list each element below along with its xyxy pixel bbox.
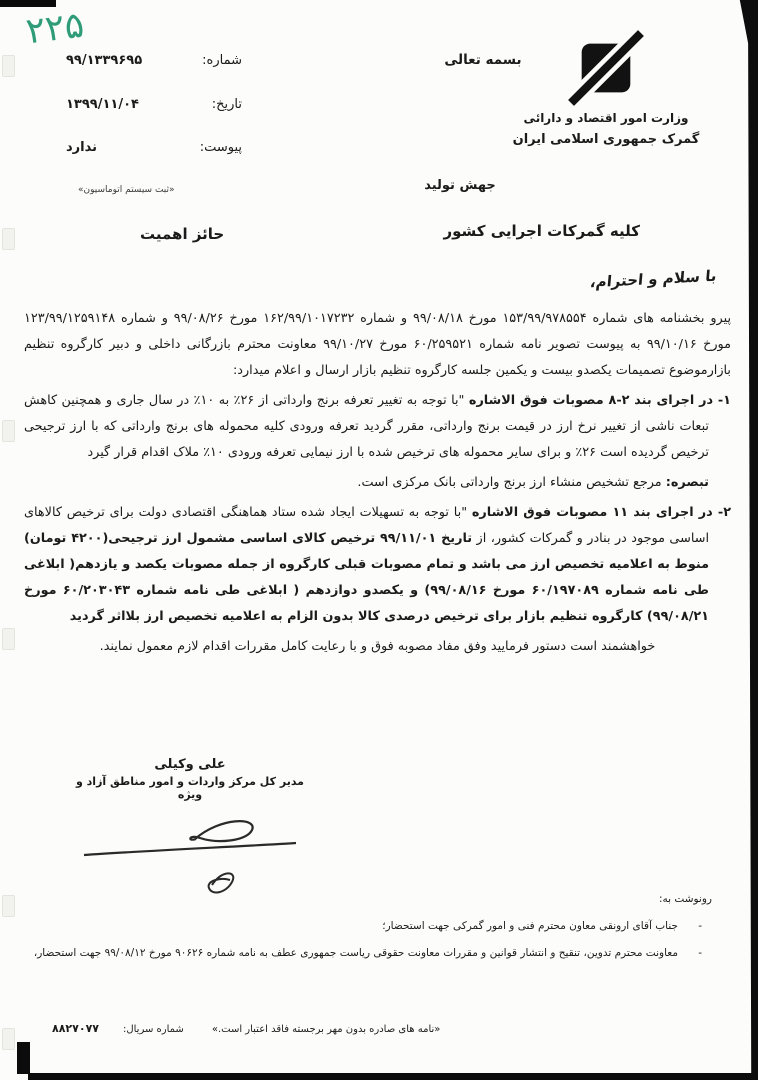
year-slogan: جهش تولید — [405, 178, 515, 193]
scan-artifact-punch — [2, 895, 15, 917]
scan-artifact-punch — [2, 628, 15, 650]
letter-number-row: شماره: ۹۹/۱۳۳۹۶۹۵ — [66, 53, 242, 68]
serial-number-group: شماره سریال: ۸۸۲۷۰۷۷ — [52, 1022, 184, 1035]
body-note: تبصره: مرجع تشخیص منشاء ارز برنج وارداتی… — [24, 470, 731, 496]
scan-artifact-punch — [2, 1028, 15, 1050]
importance-flag: حائز اهمیت — [140, 225, 224, 243]
item1-number: ۱- — [718, 393, 731, 408]
letter-date-label: تاریخ: — [212, 97, 242, 112]
customs-logo-icon — [568, 30, 644, 106]
recipient-line: کلیه گمرکات اجرایی کشور — [443, 222, 640, 240]
scan-artifact-top-bar — [0, 0, 56, 7]
closing-request: خواهشمند است دستور فرمایید وفق مفاد مصوب… — [24, 634, 731, 660]
note-label: تبصره: — [666, 475, 709, 490]
cc-block: رونوشت به: جناب آقای ارونقی معاون محترم … — [30, 886, 712, 967]
automation-system-note: «ثبت سیستم اتوماسیون» — [78, 185, 175, 195]
body-item-2: ۲- در اجرای بند ۱۱ مصوبات فوق الاشاره "ب… — [24, 500, 731, 630]
item1-heading: در اجرای بند ۲-۸ مصوبات فوق الاشاره — [469, 393, 718, 408]
cc-item: جناب آقای ارونقی معاون محترم فنی و امور … — [30, 913, 712, 940]
signatory-title: مدیر کل مرکز واردات و امور مناطق آزاد و … — [64, 775, 316, 801]
signatory-name: علی وکیلی — [64, 757, 316, 772]
body-item-1: ۱- در اجرای بند ۲-۸ مصوبات فوق الاشاره "… — [24, 388, 731, 466]
handwritten-salutation: با سلام و احترام، — [590, 267, 718, 292]
scan-artifact-punch — [2, 228, 15, 250]
attachment-label: پیوست: — [200, 140, 242, 155]
intro-paragraph: پیرو بخشنامه های شماره ۱۵۳/۹۹/۹۷۸۵۵۴ مور… — [24, 306, 731, 384]
registration-mark — [17, 1042, 30, 1074]
letter-number-value: ۹۹/۱۳۳۹۶۹۵ — [66, 53, 142, 68]
letter-date-value: ۱۳۹۹/۱۱/۰۴ — [66, 97, 139, 112]
cc-label: رونوشت به: — [30, 886, 712, 913]
cc-item: معاونت محترم تدوین، تنقیح و انتشار قوانی… — [30, 940, 712, 967]
letter-body: پیرو بخشنامه های شماره ۱۵۳/۹۹/۹۷۸۵۵۴ مور… — [24, 306, 731, 664]
attachment-value: ندارد — [66, 140, 97, 155]
scan-artifact-right-edge — [732, 0, 758, 1080]
item2-number: ۲- — [718, 505, 731, 520]
validity-note: «نامه های صادره بدون مهر برجسته فاقد اعت… — [212, 1024, 441, 1035]
ministry-name: وزارت امور اقتصاد و دارائی — [506, 111, 706, 125]
item2-heading: در اجرای بند ۱۱ مصوبات فوق الاشاره — [472, 505, 718, 520]
scan-artifact-bottom-edge — [28, 1073, 758, 1080]
footer-row: «نامه های صادره بدون مهر برجسته فاقد اعت… — [52, 1022, 440, 1035]
serial-value: ۸۸۲۷۰۷۷ — [52, 1022, 99, 1035]
scan-artifact-punch — [2, 55, 15, 77]
serial-label: شماره سریال: — [123, 1024, 184, 1035]
attachment-row: پیوست: ندارد — [66, 140, 242, 155]
letter-page: ۲۲۵ شماره: ۹۹/۱۳۳۹۶۹۵ تاریخ: ۱۳۹۹/۱۱/۰۴ … — [0, 0, 758, 1080]
scan-artifact-punch — [2, 420, 15, 442]
handwritten-registry-number: ۲۲۵ — [24, 5, 87, 53]
note-text: مرجع تشخیص منشاء ارز برنج وارداتی بانک م… — [357, 475, 665, 490]
letter-number-label: شماره: — [202, 53, 242, 68]
letterhead-org-block: وزارت امور اقتصاد و دارائی گمرک جمهوری ا… — [506, 30, 706, 147]
letter-date-row: تاریخ: ۱۳۹۹/۱۱/۰۴ — [66, 97, 242, 112]
customs-name: گمرک جمهوری اسلامی ایران — [506, 132, 706, 147]
